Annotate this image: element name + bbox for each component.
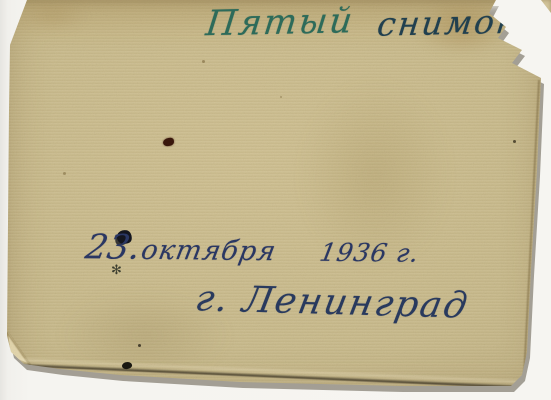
inscription-date: 23.октября1936 г. [82, 227, 423, 270]
inscription-city: г. Ленинград [192, 278, 472, 326]
inscription-title: Пятыйснимок [204, 0, 521, 44]
paper-speck [138, 344, 141, 347]
bottom-edge-highlight [12, 358, 532, 384]
right-edge-shadow [523, 80, 540, 380]
brown-stain-top-left [18, 0, 88, 32]
paper-speck [280, 96, 282, 98]
inscription-date-month: октября [139, 235, 279, 267]
paper-speck [63, 172, 66, 175]
inscription-title-word1: Пятый [204, 1, 357, 44]
inscription-date-day: 23. [82, 227, 144, 267]
scanned-photo-back: ✻ Пятыйснимок 23.октября1936 г. г. Ленин… [0, 0, 551, 400]
maroon-spot [162, 137, 174, 146]
inscription-date-year: 1936 г. [317, 238, 422, 268]
photo-card: ✻ Пятыйснимок 23.октября1936 г. г. Ленин… [0, 0, 551, 400]
paper-speck [513, 140, 516, 143]
paper-speck [202, 60, 205, 63]
